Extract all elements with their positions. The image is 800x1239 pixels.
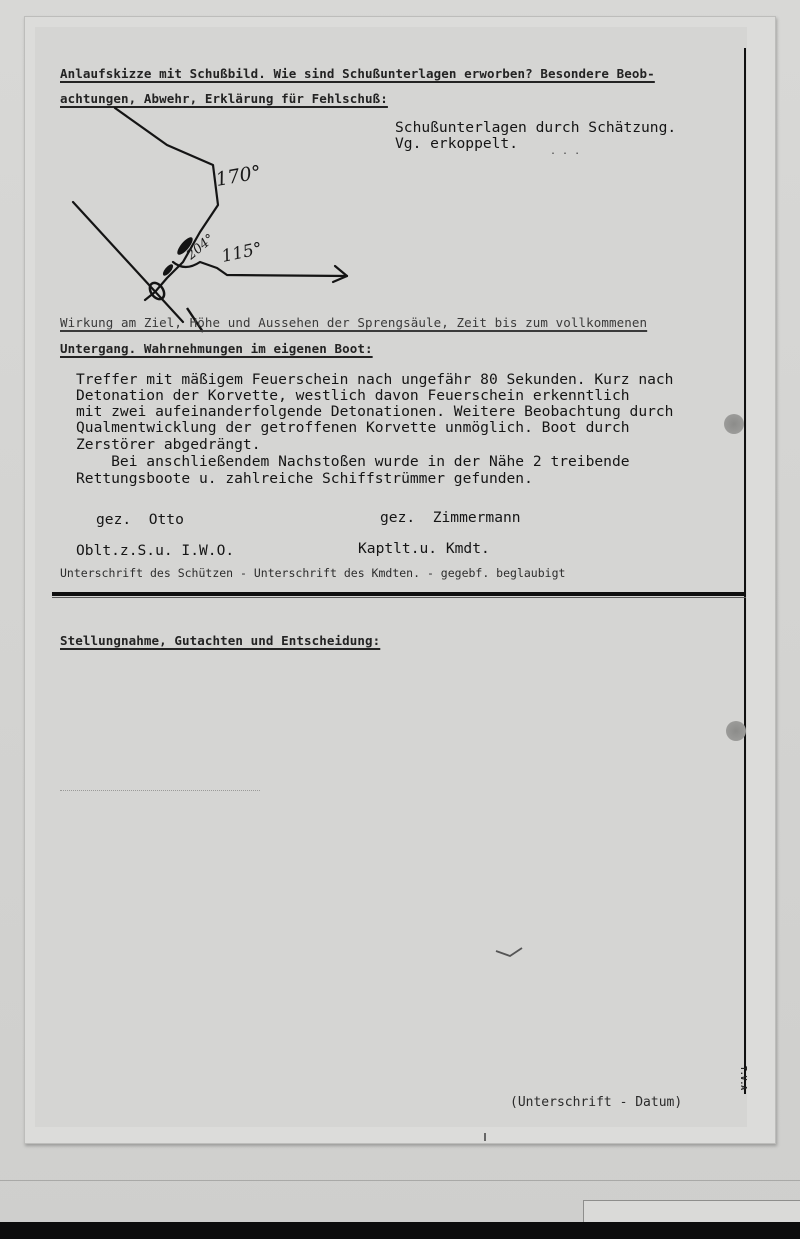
report-line-7: Rettungsboote u. zahlreiche Schiffstrümm…	[76, 471, 533, 487]
section-divider-thin	[52, 597, 746, 598]
section1-heading-line1: Anlaufskizze mit Schußbild. Wie sind Sch…	[60, 66, 655, 81]
underlying-sheet-edge	[0, 1180, 800, 1181]
report-line-1: Treffer mit mäßigem Feuerschein nach ung…	[76, 372, 673, 388]
dots-mark: . . .	[550, 144, 580, 160]
signature-right: gez. Zimmermann	[380, 510, 521, 526]
report-line-2: Detonation der Korvette, westlich davon …	[76, 388, 630, 404]
punch-hole-top	[724, 414, 744, 434]
bottom-tick-mark	[484, 1133, 486, 1141]
section2-heading-line1: Wirkung am Ziel, Höhe und Aussehen der S…	[60, 315, 647, 330]
firing-data-note-1: Schußunterlagen durch Schätzung.	[395, 120, 676, 136]
rank-left: Oblt.z.S.u. I.W.O.	[76, 543, 234, 559]
check-mark	[494, 945, 526, 959]
section3-heading: Stellungnahme, Gutachten und Entscheidun…	[60, 633, 380, 648]
section2-heading-line2: Untergang. Wahrnehmungen im eigenen Boot…	[60, 341, 373, 356]
signature-caption: Unterschrift des Schützen - Unterschrift…	[60, 566, 565, 580]
signature-date-caption: (Unterschrift - Datum)	[510, 1095, 682, 1111]
rank-right: Kaptlt.u. Kmdt.	[358, 541, 490, 557]
report-line-5: Zerstörer abgedrängt.	[76, 437, 261, 453]
report-line-4: Qualmentwicklung der getroffenen Korvett…	[76, 420, 630, 436]
underlying-sheet-corner	[583, 1200, 800, 1223]
firing-data-note-2: Vg. erkoppelt.	[395, 136, 518, 152]
report-line-6: Bei anschließendem Nachstoßen wurde in d…	[76, 454, 630, 470]
torpedo-angle-label: 204°	[183, 231, 217, 263]
report-line-3: mit zwei aufeinanderfolgende Detonatione…	[76, 404, 673, 420]
exit-course-label: 115°	[220, 239, 264, 267]
margin-mark: T.V.A	[739, 1066, 748, 1090]
attack-sketch: 170° 204° 115°	[55, 100, 375, 340]
signature-left: gez. Otto	[96, 512, 184, 528]
scan-bottom-border	[0, 1222, 800, 1239]
course-angle-label: 170°	[214, 161, 263, 191]
section-divider	[52, 592, 746, 596]
right-margin-rule	[744, 48, 746, 1094]
punch-hole-bottom	[726, 721, 746, 741]
faint-dotted-trace	[60, 790, 260, 792]
